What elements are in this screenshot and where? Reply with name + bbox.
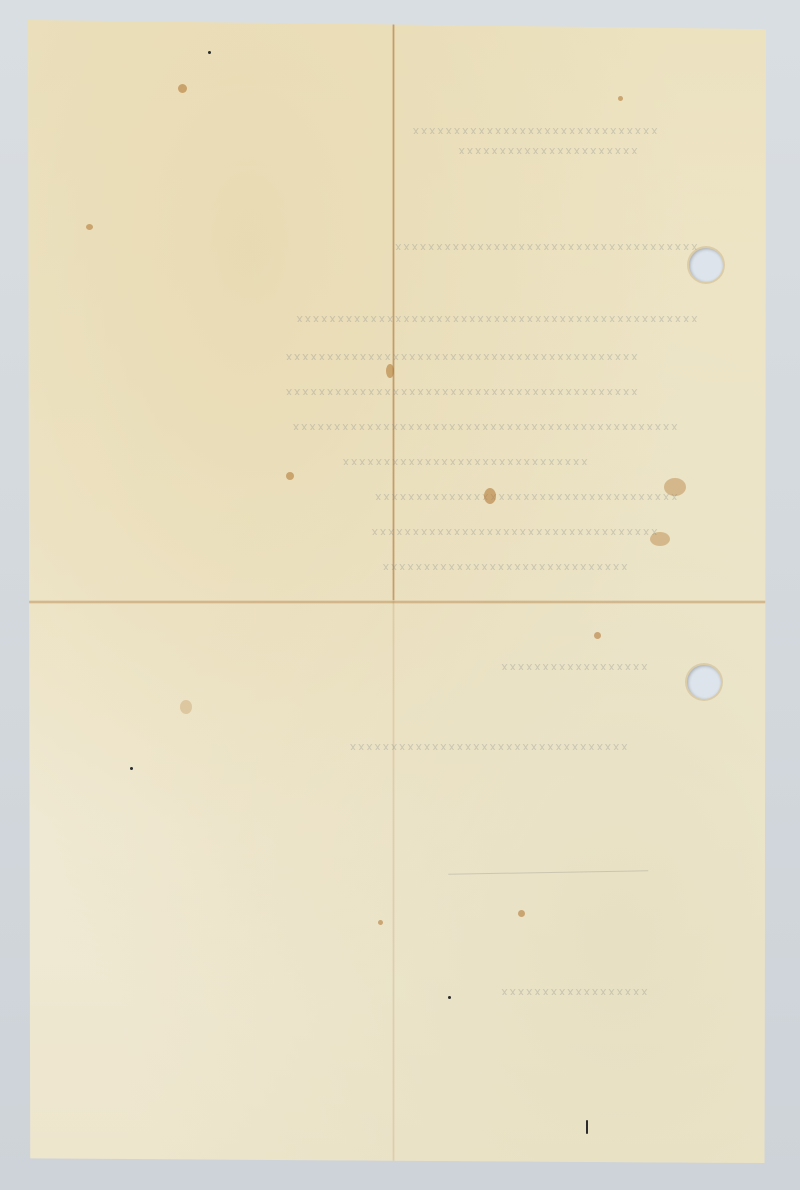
- foxing-stain: [378, 920, 383, 925]
- foxing-stain: [386, 364, 394, 378]
- foxing-stain: [180, 700, 192, 714]
- bleed-through-text-line: xxxxxxxxxxxxxxxxxx: [448, 660, 648, 670]
- foxing-stain: [86, 224, 93, 230]
- foxing-stain: [484, 488, 496, 504]
- bleed-through-text-line: xxxxxxxxxxxxxxxxxxxxxxxxxxxxxx: [288, 560, 628, 570]
- horizontal-fold-crease: [28, 600, 766, 604]
- bleed-through-text-line: xxxxxxxxxxxxxxxxxxxxxxxxxxxxxxxxxxx: [258, 525, 658, 535]
- faint-signature: [448, 840, 649, 874]
- foxing-stain: [594, 632, 601, 639]
- bleed-through-text-line: xxxxxxxxxxxxxxxxxxxxxxxxxxxxxx: [258, 455, 588, 465]
- bleed-through-text-line: xxxxxxxxxxxxxxxxxxxxxxxxxxxxxxxxxxxxx: [258, 490, 678, 500]
- ink-speck: [130, 767, 133, 770]
- foxing-stain: [286, 472, 294, 480]
- punch-hole-upper: [689, 248, 723, 282]
- foxing-stain: [664, 478, 686, 496]
- ink-speck: [208, 51, 211, 54]
- vertical-fold-crease: [392, 20, 395, 600]
- bleed-through-text-line: xxxxxxxxxxxxxxxxxxxxxxxxxxxxxx: [328, 124, 658, 134]
- bleed-through-text-line: xxxxxxxxxxxxxxxxxx: [448, 985, 648, 995]
- ink-mark: [586, 1120, 588, 1134]
- bleed-through-text-line: xxxxxxxxxxxxxxxxxxxxxx: [408, 144, 638, 154]
- foxing-stain: [650, 532, 670, 546]
- foxing-stain: [618, 96, 623, 101]
- aged-paper-sheet: xxxxxxxxxxxxxxxxxxxxxxxxxxxxxx xxxxxxxxx…: [28, 20, 766, 1163]
- bleed-through-text-line: xxxxxxxxxxxxxxxxxxxxxxxxxxxxxxxxxxxxxxxx…: [138, 350, 638, 360]
- vertical-fold-crease-lower: [392, 600, 395, 1163]
- foxing-stain: [518, 910, 525, 917]
- bleed-through-text-line: xxxxxxxxxxxxxxxxxxxxxxxxxxxxxxxxxxxxxxxx…: [138, 385, 638, 395]
- ink-speck: [448, 996, 451, 999]
- foxing-stain: [178, 84, 187, 93]
- bleed-through-text-line: xxxxxxxxxxxxxxxxxxxxxxxxxxxxxxxxxxxxxxxx…: [138, 420, 678, 430]
- punch-hole-lower: [687, 665, 721, 699]
- bleed-through-text-line: xxxxxxxxxxxxxxxxxxxxxxxxxxxxxxxxxx: [248, 740, 628, 750]
- bleed-through-text-line: xxxxxxxxxxxxxxxxxxxxxxxxxxxxxxxxxxxxxxxx…: [138, 312, 698, 322]
- bleed-through-text-line: xxxxxxxxxxxxxxxxxxxxxxxxxxxxxxxxxxxxx: [278, 240, 698, 250]
